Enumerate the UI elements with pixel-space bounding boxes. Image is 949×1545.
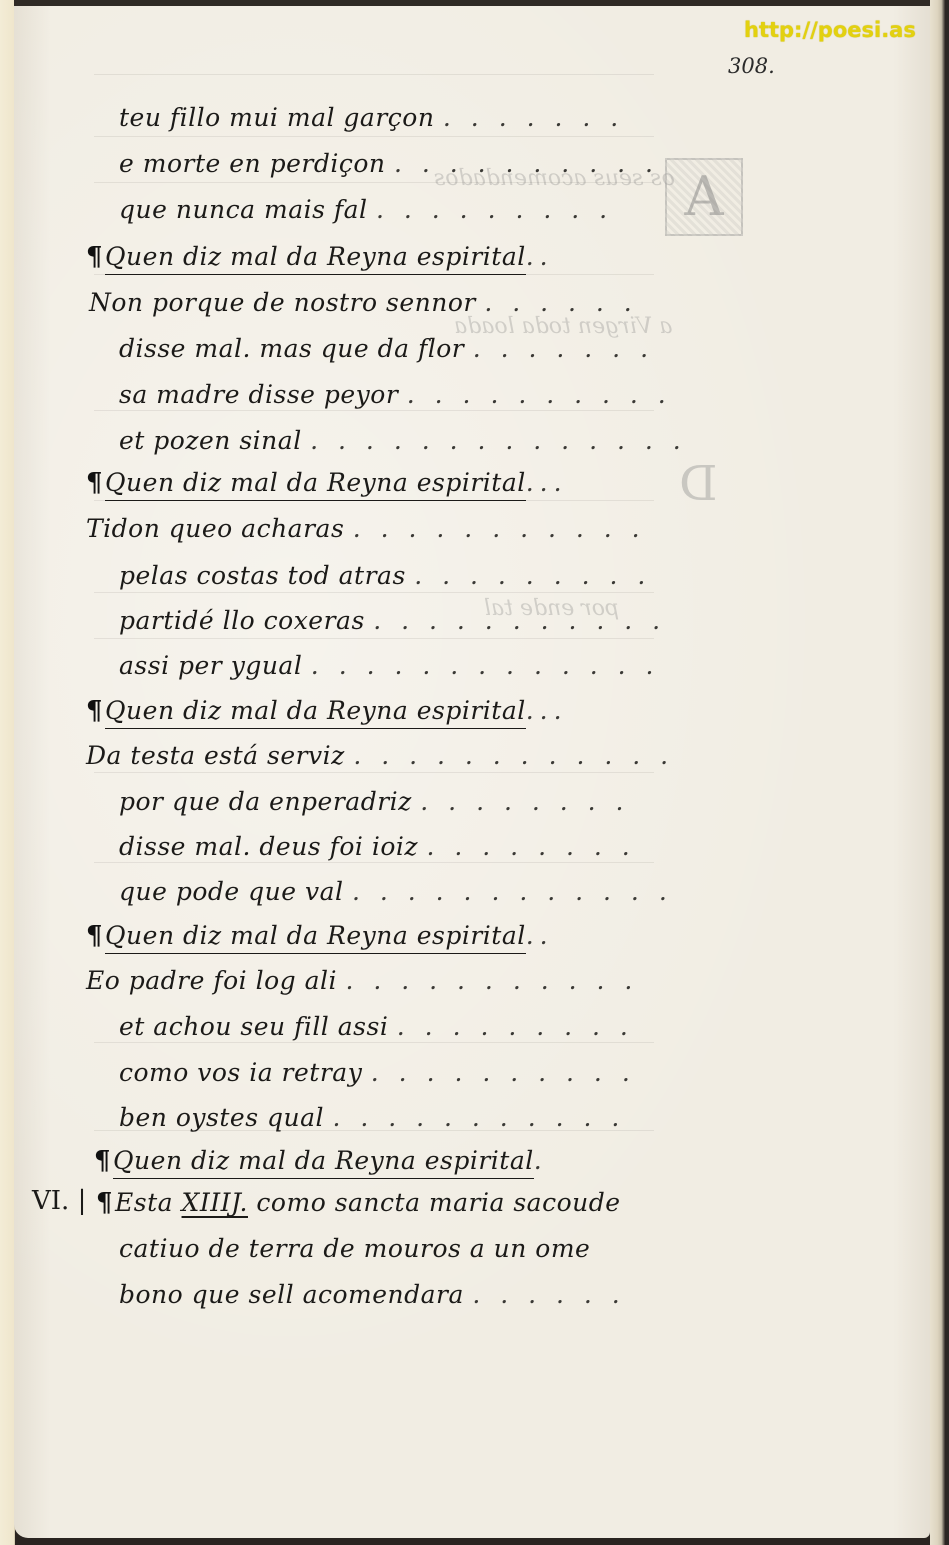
margin-separator: | — [78, 1186, 87, 1216]
verse-line: pelas costas tod atras . . . . . . . . . — [119, 561, 759, 590]
adjacent-page-edge — [0, 0, 15, 1545]
ghost-staff-line — [94, 862, 654, 863]
refrain-line: ¶Quen diz mal da Reyna espirital. — [94, 1146, 734, 1176]
refrain-line: ¶Quen diz mal da Reyna espirital.. — [86, 921, 726, 951]
ghost-staff-line — [94, 1042, 654, 1043]
verse-line: que nunca mais fal . . . . . . . . . — [119, 195, 759, 224]
ghost-staff-line — [94, 592, 654, 593]
verse-line: como vos ia retray . . . . . . . . . . — [119, 1058, 759, 1087]
pilcrow-icon: ¶ — [86, 696, 103, 726]
folio-number: 308. — [728, 54, 775, 78]
verse-line: teu fillo mui mal garçon . . . . . . . — [119, 103, 759, 132]
pilcrow-icon: ¶ — [94, 1146, 111, 1176]
ghost-staff-line — [94, 136, 654, 137]
stanza-first-line: Tidon queo acharas . . . . . . . . . . . — [86, 514, 726, 543]
verse-line: e morte en perdiçon . . . . . . . . . . — [119, 149, 759, 178]
verse-line: et pozen sinal . . . . . . . . . . . . .… — [119, 426, 759, 455]
pilcrow-icon: ¶ — [86, 242, 103, 272]
verse-line: disse mal. deus foi ioiz . . . . . . . . — [119, 832, 759, 861]
verse-line: por que da enperadriz . . . . . . . . — [119, 787, 759, 816]
verse-line: que pode que val . . . . . . . . . . . . — [119, 877, 759, 906]
verse-line: partidé llo coxeras . . . . . . . . . . … — [119, 606, 759, 635]
rubric-line: catiuo de terra de mouros a un ome — [119, 1234, 759, 1263]
refrain-line: ¶Quen diz mal da Reyna espirital.. — [86, 242, 726, 272]
verse-line: et achou seu fill assi . . . . . . . . . — [119, 1012, 759, 1041]
pilcrow-icon: ¶ — [86, 468, 103, 498]
ghost-staff-line — [94, 410, 654, 411]
stanza-first-line: Non porque de nostro sennor . . . . . . — [89, 288, 729, 317]
rubric-line: bono que sell acomendara . . . . . . — [119, 1280, 759, 1309]
verse-line: ben oystes qual . . . . . . . . . . . — [119, 1103, 759, 1132]
watermark-link[interactable]: http://poesi.as — [744, 18, 916, 42]
rubric-line: ¶Esta XIIIJ. como sancta maria sacoude — [96, 1188, 736, 1218]
refrain-line: ¶Quen diz mal da Reyna espirital... — [86, 468, 726, 498]
verse-line: sa madre disse peyor . . . . . . . . . . — [119, 380, 759, 409]
ghost-staff-line — [94, 772, 654, 773]
refrain-line: ¶Quen diz mal da Reyna espirital... — [86, 696, 726, 726]
verse-line: assi per ygual . . . . . . . . . . . . . — [119, 651, 759, 680]
pilcrow-icon: ¶ — [96, 1188, 113, 1218]
pilcrow-icon: ¶ — [86, 921, 103, 951]
ghost-staff-line — [94, 74, 654, 75]
manuscript-page: os seus acomendados a Virgen toda loada … — [14, 6, 930, 1538]
stanza-first-line: Eo padre foi log ali . . . . . . . . . .… — [86, 966, 726, 995]
stanza-first-line: Da testa está serviz . . . . . . . . . .… — [86, 741, 726, 770]
verse-line: disse mal. mas que da flor . . . . . . . — [119, 334, 759, 363]
page-stack-edge — [930, 0, 949, 1545]
cantiga-number: XIIIJ. — [182, 1188, 248, 1217]
margin-section-number: VI. | — [32, 1186, 86, 1216]
ghost-staff-line — [94, 638, 654, 639]
